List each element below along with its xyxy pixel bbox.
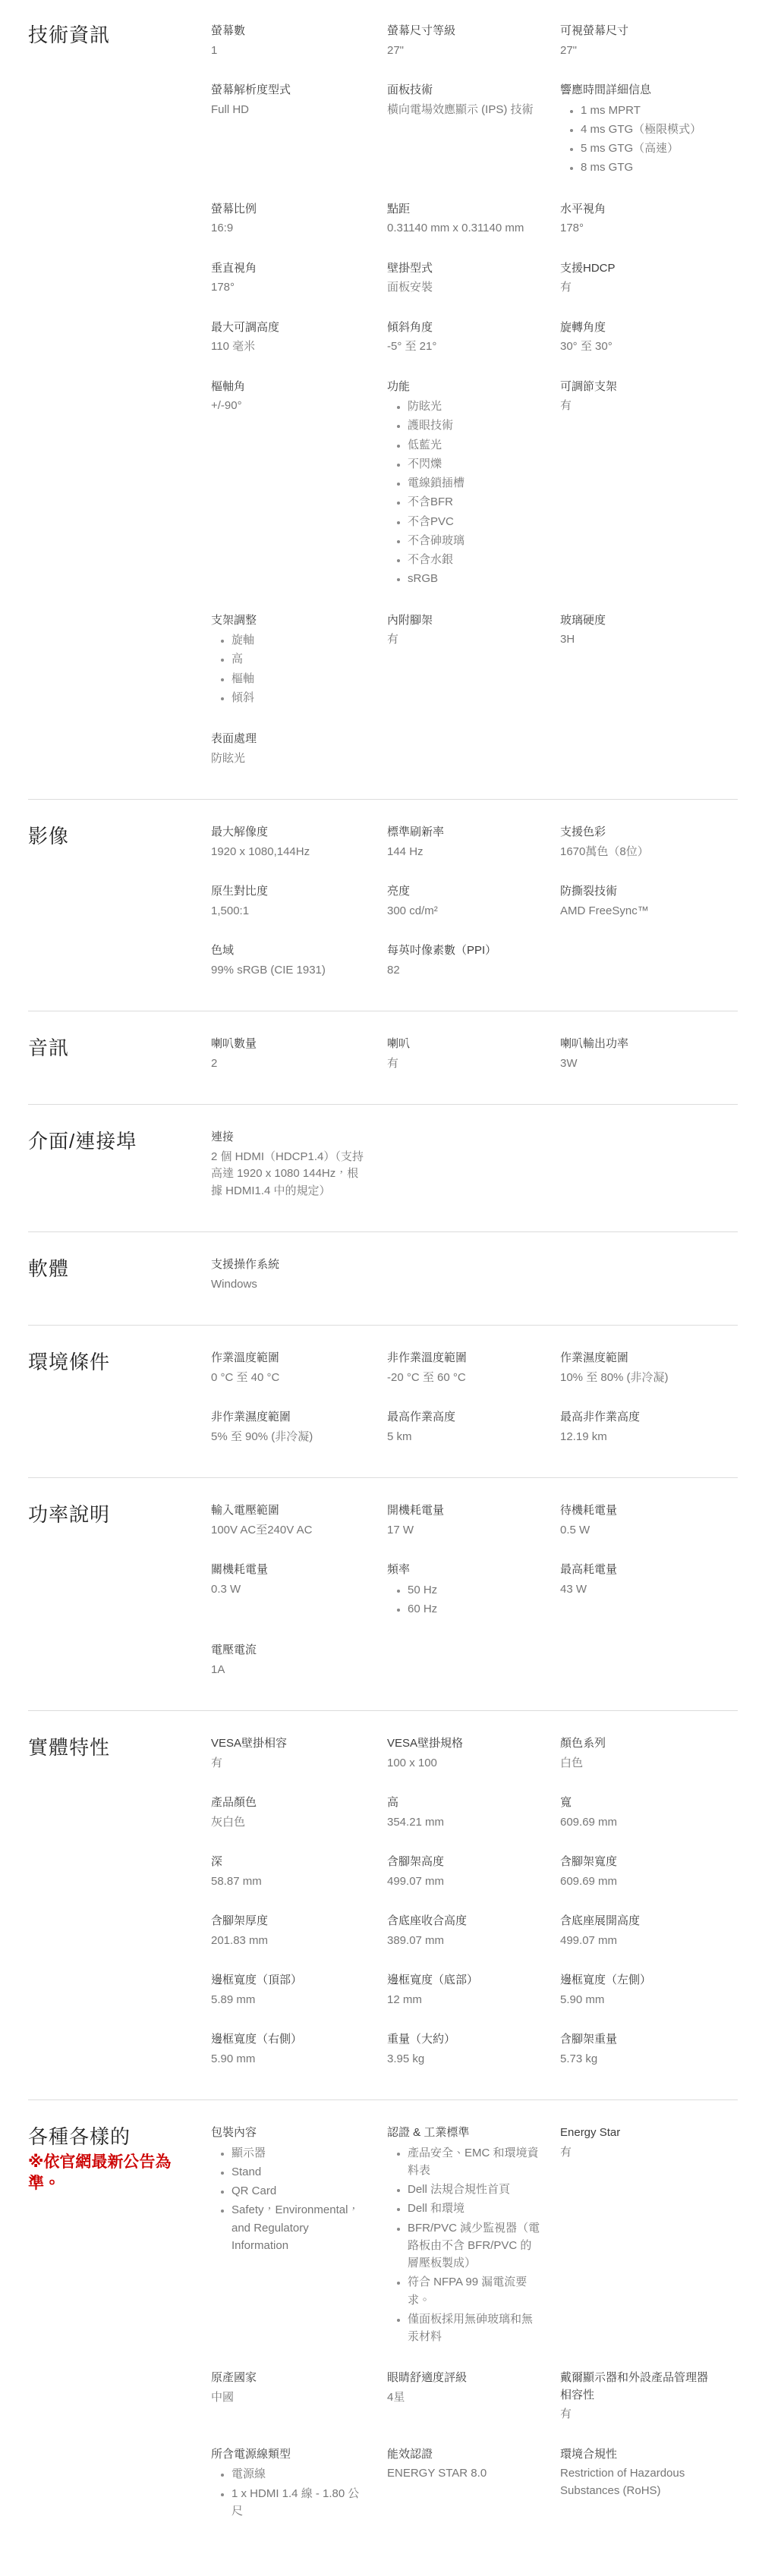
spec-bullet-list: 50 Hz60 Hz (387, 1581, 540, 1618)
spec-label: 邊框寬度（頂部） (211, 1972, 367, 1989)
spec-label: 亮度 (387, 883, 540, 901)
spec-label: 邊框寬度（右側） (211, 2031, 367, 2049)
spec-item: 含腳架厚度201.83 mm (211, 1913, 387, 1949)
spec-item: 能效認證ENERGY STAR 8.0 (387, 2446, 560, 2521)
spec-item: 可視螢幕尺寸27" (560, 23, 738, 59)
spec-items-grid: 連接2 個 HDMI（HDCP1.4）（支持高達 1920 x 1080 144… (211, 1129, 738, 1200)
spec-value: 有 (387, 631, 540, 649)
spec-item: 非作業濕度範圍5% 至 90% (非冷凝) (211, 1409, 387, 1445)
spec-bullet-list: 產品安全、EMC 和環境資料表Dell 法規合規性首頁Dell 和環境BFR/P… (387, 2144, 540, 2346)
section-title: 介面/連接埠 (28, 1129, 197, 1155)
spec-label: 含腳架厚度 (211, 1913, 367, 1930)
spec-value: 橫向電場效應顯示 (IPS) 技術 (387, 102, 540, 119)
spec-label: 點距 (387, 201, 540, 219)
spec-item: 旋轉角度30° 至 30° (560, 319, 738, 356)
spec-item: 標準刷新率144 Hz (387, 824, 560, 860)
spec-label: 電壓電流 (211, 1642, 367, 1659)
spec-label: VESA壁掛相容 (211, 1735, 367, 1753)
spec-value: 178° (560, 220, 718, 237)
spec-item: 作業濕度範圍10% 至 80% (非冷凝) (560, 1350, 738, 1386)
spec-label: 認證 & 工業標準 (387, 2125, 540, 2142)
spec-value: 0 °C 至 40 °C (211, 1370, 367, 1387)
spec-value: 0.3 W (211, 1581, 367, 1599)
spec-value: 110 毫米 (211, 338, 367, 356)
spec-bullet-item: 傾斜 (231, 689, 367, 706)
spec-items-grid: 螢幕數1螢幕尺寸等級27"可視螢幕尺寸27"螢幕解析度型式Full HD面板技術… (211, 23, 738, 767)
spec-label: 每英吋像素數（PPI） (387, 942, 540, 960)
spec-label: 作業濕度範圍 (560, 1350, 718, 1367)
spec-item: 含腳架重量5.73 kg (560, 2031, 738, 2068)
spec-value: 27" (387, 42, 540, 60)
spec-section: 各種各樣的※依官網最新公告為準。包裝內容顯示器StandQR CardSafet… (28, 2099, 738, 2553)
section-title: 各種各樣的 (28, 2125, 197, 2150)
spec-label: 戴爾顯示器和外設產品管理器相容性 (560, 2370, 718, 2404)
spec-label: 輸入電壓範圍 (211, 1502, 367, 1520)
spec-label: 螢幕數 (211, 23, 367, 40)
spec-value: -20 °C 至 60 °C (387, 1370, 540, 1387)
spec-bullet-item: QR Card (231, 2182, 367, 2200)
section-title-column: 功率說明 (28, 1502, 211, 1528)
spec-value: 有 (560, 2406, 718, 2423)
section-title: 音訊 (28, 1036, 197, 1062)
spec-item: 作業溫度範圍0 °C 至 40 °C (211, 1350, 387, 1386)
spec-item: 環境合規性Restriction of Hazardous Substances… (560, 2446, 738, 2521)
spec-item: 垂直視角178° (211, 260, 387, 297)
spec-label: 關機耗電量 (211, 1562, 367, 1579)
spec-bullet-item: sRGB (408, 570, 540, 587)
spec-label: 色域 (211, 942, 367, 960)
spec-item: 喇叭輸出功率3W (560, 1036, 738, 1072)
spec-label: 所含電源線類型 (211, 2446, 367, 2464)
spec-label: 包裝內容 (211, 2125, 367, 2142)
spec-item: 表面處理防眩光 (211, 731, 387, 767)
spec-item: 邊框寬度（右側）5.90 mm (211, 2031, 387, 2068)
spec-value: 5.90 mm (211, 2051, 367, 2068)
section-title-column: 實體特性 (28, 1735, 211, 1761)
spec-value: 防眩光 (211, 750, 367, 768)
spec-value: 5.90 mm (560, 1992, 718, 2009)
spec-bullet-item: 防眩光 (408, 398, 540, 415)
spec-value: 100V AC至240V AC (211, 1522, 367, 1540)
spec-item: 含底座展開高度499.07 mm (560, 1913, 738, 1949)
spec-label: 螢幕解析度型式 (211, 82, 367, 99)
spec-label: 喇叭輸出功率 (560, 1036, 718, 1053)
spec-item: 電壓電流1A (211, 1642, 387, 1678)
spec-item: 輸入電壓範圍100V AC至240V AC (211, 1502, 387, 1539)
spec-label: 樞軸角 (211, 379, 367, 396)
spec-item: 樞軸角+/-90° (211, 379, 387, 590)
spec-bullet-item: 不含砷玻璃 (408, 532, 540, 549)
spec-bullet-item: Stand (231, 2163, 367, 2181)
spec-bullet-item: 符合 NFPA 99 漏電流要求。 (408, 2273, 540, 2309)
spec-bullet-item: 8 ms GTG (581, 159, 718, 176)
spec-bullet-item: 低藍光 (408, 436, 540, 454)
spec-item: 頻率50 Hz60 Hz (387, 1562, 560, 1619)
spec-label: 傾斜角度 (387, 319, 540, 337)
spec-item: VESA壁掛規格100 x 100 (387, 1735, 560, 1772)
spec-label: 邊框寬度（底部） (387, 1972, 540, 1989)
spec-value: 有 (560, 279, 718, 297)
spec-bullet-item: 不含BFR (408, 493, 540, 511)
spec-items-grid: 喇叭數量2喇叭有喇叭輸出功率3W (211, 1036, 738, 1072)
spec-section: 實體特性VESA壁掛相容有VESA壁掛規格100 x 100顏色系列白色產品顏色… (28, 1710, 738, 2099)
spec-item: 重量（大約）3.95 kg (387, 2031, 560, 2068)
spec-label: 高 (387, 1794, 540, 1812)
spec-bullet-item: 5 ms GTG（高速） (581, 140, 718, 157)
spec-item: 喇叭數量2 (211, 1036, 387, 1072)
spec-label: 響應時間詳細信息 (560, 82, 718, 99)
spec-item: 玻璃硬度3H (560, 612, 738, 709)
spec-label: 原產國家 (211, 2370, 367, 2387)
spec-label: 喇叭 (387, 1036, 540, 1053)
spec-value: 100 x 100 (387, 1755, 540, 1772)
spec-value: 5% 至 90% (非冷凝) (211, 1429, 367, 1446)
spec-bullet-item: 1 x HDMI 1.4 線 - 1.80 公尺 (231, 2485, 367, 2521)
spec-value: 12.19 km (560, 1429, 718, 1446)
spec-bullet-list: 1 ms MPRT4 ms GTG（極限模式）5 ms GTG（高速）8 ms … (560, 102, 718, 177)
spec-item: 戴爾顯示器和外設產品管理器相容性有 (560, 2370, 738, 2423)
spec-item: 支援色彩1670萬色（8位） (560, 824, 738, 860)
spec-value: Restriction of Hazardous Substances (RoH… (560, 2465, 718, 2499)
spec-item: 壁掛型式面板安裝 (387, 260, 560, 297)
spec-bullet-item: 僅面板採用無砷玻璃和無汞材料 (408, 2310, 540, 2346)
spec-label: 含腳架寬度 (560, 1854, 718, 1871)
spec-value: 499.07 mm (387, 1873, 540, 1891)
spec-label: 最大可調高度 (211, 319, 367, 337)
spec-value: 1,500:1 (211, 903, 367, 920)
spec-value: 1 (211, 42, 367, 60)
spec-section: 軟體支援操作系統Windows (28, 1231, 738, 1325)
section-title-column: 影像 (28, 824, 211, 850)
spec-label: 垂直視角 (211, 260, 367, 278)
spec-label: 頻率 (387, 1562, 540, 1579)
spec-item: 水平視角178° (560, 201, 738, 237)
spec-value: ENERGY STAR 8.0 (387, 2465, 540, 2483)
spec-value: 5.73 kg (560, 2051, 718, 2068)
spec-label: 待機耗電量 (560, 1502, 718, 1520)
spec-label: 寬 (560, 1794, 718, 1812)
spec-item: 所含電源線類型電源線1 x HDMI 1.4 線 - 1.80 公尺 (211, 2446, 387, 2521)
spec-label: 含底座收合高度 (387, 1913, 540, 1930)
section-title: 功率說明 (28, 1502, 197, 1528)
spec-item: 連接2 個 HDMI（HDCP1.4）（支持高達 1920 x 1080 144… (211, 1129, 387, 1200)
section-title-column: 環境條件 (28, 1350, 211, 1376)
spec-label: 含腳架高度 (387, 1854, 540, 1871)
spec-items-grid: 作業溫度範圍0 °C 至 40 °C非作業溫度範圍-20 °C 至 60 °C作… (211, 1350, 738, 1445)
section-title-column: 音訊 (28, 1036, 211, 1062)
spec-value: 82 (387, 962, 540, 980)
section-title: 實體特性 (28, 1735, 197, 1761)
spec-item: 邊框寬度（頂部）5.89 mm (211, 1972, 387, 2008)
spec-label: 表面處理 (211, 731, 367, 748)
spec-value: 354.21 mm (387, 1814, 540, 1832)
spec-label: 支援色彩 (560, 824, 718, 841)
spec-bullet-item: 旋軸 (231, 631, 367, 649)
spec-item: 響應時間詳細信息1 ms MPRT4 ms GTG（極限模式）5 ms GTG（… (560, 82, 738, 178)
spec-items-grid: 支援操作系統Windows (211, 1257, 738, 1293)
spec-value: 201.83 mm (211, 1933, 367, 1950)
spec-value: +/-90° (211, 398, 367, 415)
spec-item: 原產國家中國 (211, 2370, 387, 2423)
spec-value: 43 W (560, 1581, 718, 1599)
spec-label: 原生對比度 (211, 883, 367, 901)
spec-label: 支援HDCP (560, 260, 718, 278)
spec-value: 609.69 mm (560, 1814, 718, 1832)
spec-value: 3.95 kg (387, 2051, 540, 2068)
spec-item: 含底座收合高度389.07 mm (387, 1913, 560, 1949)
spec-bullet-item: Dell 法規合規性首頁 (408, 2181, 540, 2198)
section-title: 技術資訊 (28, 23, 197, 49)
spec-item: 深58.87 mm (211, 1854, 387, 1890)
spec-label: Energy Star (560, 2125, 718, 2142)
spec-label: 最高作業高度 (387, 1409, 540, 1426)
spec-bullet-item: Safety，Environmental， and Regulatory Inf… (231, 2201, 367, 2254)
spec-label: 內附腳架 (387, 612, 540, 630)
spec-value: 有 (560, 398, 718, 415)
spec-value: 0.31140 mm x 0.31140 mm (387, 220, 540, 237)
spec-item: 最高非作業高度12.19 km (560, 1409, 738, 1445)
spec-item: 產品顏色灰白色 (211, 1794, 387, 1831)
spec-item: 非作業溫度範圍-20 °C 至 60 °C (387, 1350, 560, 1386)
spec-item: 支援操作系統Windows (211, 1257, 387, 1293)
spec-value: 17 W (387, 1522, 540, 1540)
spec-label: 最高非作業高度 (560, 1409, 718, 1426)
spec-value: 有 (387, 1055, 540, 1073)
spec-value: 58.87 mm (211, 1873, 367, 1891)
spec-item: 最大可調高度110 毫米 (211, 319, 387, 356)
spec-label: 眼睛舒適度評級 (387, 2370, 540, 2387)
spec-section: 技術資訊螢幕數1螢幕尺寸等級27"可視螢幕尺寸27"螢幕解析度型式Full HD… (28, 5, 738, 799)
spec-bullet-item: 不含水銀 (408, 551, 540, 568)
spec-label: 開機耗電量 (387, 1502, 540, 1520)
spec-value: 2 個 HDMI（HDCP1.4）（支持高達 1920 x 1080 144Hz… (211, 1149, 367, 1200)
section-title: 軟體 (28, 1257, 197, 1282)
spec-value: 389.07 mm (387, 1933, 540, 1950)
spec-item: 點距0.31140 mm x 0.31140 mm (387, 201, 560, 237)
spec-item: 防撕裂技術AMD FreeSync™ (560, 883, 738, 920)
spec-label: 能效認證 (387, 2446, 540, 2464)
spec-label: 顏色系列 (560, 1735, 718, 1753)
spec-item: 寬609.69 mm (560, 1794, 738, 1831)
spec-item: 喇叭有 (387, 1036, 560, 1072)
spec-item: 開機耗電量17 W (387, 1502, 560, 1539)
spec-bullet-item: 不閃爍 (408, 455, 540, 473)
spec-item: 邊框寬度（左側）5.90 mm (560, 1972, 738, 2008)
spec-value: 609.69 mm (560, 1873, 718, 1891)
spec-label: 含腳架重量 (560, 2031, 718, 2049)
spec-label: 壁掛型式 (387, 260, 540, 278)
spec-item: 最大解像度1920 x 1080,144Hz (211, 824, 387, 860)
spec-item: 色域99% sRGB (CIE 1931) (211, 942, 387, 979)
spec-value: 16:9 (211, 220, 367, 237)
spec-bullet-item: BFR/PVC 減少監視器（電路板由不含 BFR/PVC 的層壓板製成） (408, 2219, 540, 2272)
spec-bullet-item: 護眼技術 (408, 417, 540, 434)
spec-items-grid: 包裝內容顯示器StandQR CardSafety，Environmental，… (211, 2125, 738, 2521)
spec-item: 原生對比度1,500:1 (211, 883, 387, 920)
section-title-column: 軟體 (28, 1257, 211, 1282)
spec-item: 傾斜角度-5° 至 21° (387, 319, 560, 356)
spec-page: 技術資訊螢幕數1螢幕尺寸等級27"可視螢幕尺寸27"螢幕解析度型式Full HD… (0, 0, 759, 2576)
spec-value: 0.5 W (560, 1522, 718, 1540)
spec-value: 3W (560, 1055, 718, 1073)
official-site-note: ※依官網最新公告為準。 (28, 2152, 197, 2195)
spec-value: Windows (211, 1276, 367, 1294)
spec-bullet-item: 60 Hz (408, 1600, 540, 1618)
spec-item: 包裝內容顯示器StandQR CardSafety，Environmental，… (211, 2125, 387, 2347)
section-title-column: 技術資訊 (28, 23, 211, 49)
spec-label: 作業溫度範圍 (211, 1350, 367, 1367)
spec-label: 非作業溫度範圍 (387, 1350, 540, 1367)
spec-section: 音訊喇叭數量2喇叭有喇叭輸出功率3W (28, 1011, 738, 1104)
spec-label: 最大解像度 (211, 824, 367, 841)
section-title: 影像 (28, 824, 197, 850)
spec-bullet-item: 電線鎖插槽 (408, 474, 540, 492)
spec-value: 5 km (387, 1429, 540, 1446)
spec-label: 可視螢幕尺寸 (560, 23, 718, 40)
section-title-column: 各種各樣的※依官網最新公告為準。 (28, 2125, 211, 2194)
spec-item: 邊框寬度（底部）12 mm (387, 1972, 560, 2008)
spec-item: 每英吋像素數（PPI）82 (387, 942, 560, 979)
spec-item: 認證 & 工業標準產品安全、EMC 和環境資料表Dell 法規合規性首頁Dell… (387, 2125, 560, 2347)
spec-sections: 技術資訊螢幕數1螢幕尺寸等級27"可視螢幕尺寸27"螢幕解析度型式Full HD… (28, 5, 738, 2553)
spec-item: 最高作業高度5 km (387, 1409, 560, 1445)
spec-bullet-item: 顯示器 (231, 2144, 367, 2162)
spec-section: 介面/連接埠連接2 個 HDMI（HDCP1.4）（支持高達 1920 x 10… (28, 1104, 738, 1231)
spec-value: 3H (560, 631, 718, 649)
spec-items-grid: 輸入電壓範圍100V AC至240V AC開機耗電量17 W待機耗電量0.5 W… (211, 1502, 738, 1678)
spec-value: AMD FreeSync™ (560, 903, 718, 920)
spec-item: 螢幕數1 (211, 23, 387, 59)
spec-bullet-item: 電源線 (231, 2465, 367, 2483)
spec-bullet-item: 1 ms MPRT (581, 102, 718, 119)
spec-item: 高354.21 mm (387, 1794, 560, 1831)
spec-bullet-item: 產品安全、EMC 和環境資料表 (408, 2144, 540, 2180)
spec-value: 1920 x 1080,144Hz (211, 844, 367, 861)
spec-value: 30° 至 30° (560, 338, 718, 356)
spec-item: 顏色系列白色 (560, 1735, 738, 1772)
spec-item: 眼睛舒適度評級4星 (387, 2370, 560, 2423)
spec-label: 功能 (387, 379, 540, 396)
spec-item: 支架調整旋軸高樞軸傾斜 (211, 612, 387, 709)
spec-item: 功能防眩光護眼技術低藍光不閃爍電線鎖插槽不含BFR不含PVC不含砷玻璃不含水銀s… (387, 379, 560, 590)
spec-label: 旋轉角度 (560, 319, 718, 337)
spec-item: 螢幕比例16:9 (211, 201, 387, 237)
spec-value: 5.89 mm (211, 1992, 367, 2009)
spec-item: 含腳架寬度609.69 mm (560, 1854, 738, 1890)
spec-item: 螢幕解析度型式Full HD (211, 82, 387, 178)
spec-item: 含腳架高度499.07 mm (387, 1854, 560, 1890)
spec-value: 中國 (211, 2389, 367, 2407)
spec-bullet-item: 樞軸 (231, 670, 367, 687)
spec-item: Energy Star有 (560, 2125, 738, 2347)
spec-label: 螢幕比例 (211, 201, 367, 219)
spec-label: 可調節支架 (560, 379, 718, 396)
spec-label: 非作業濕度範圍 (211, 1409, 367, 1426)
spec-item: 面板技術橫向電場效應顯示 (IPS) 技術 (387, 82, 560, 178)
spec-bullet-list: 防眩光護眼技術低藍光不閃爍電線鎖插槽不含BFR不含PVC不含砷玻璃不含水銀sRG… (387, 398, 540, 588)
spec-item: 螢幕尺寸等級27" (387, 23, 560, 59)
spec-value: 12 mm (387, 1992, 540, 2009)
spec-item: 關機耗電量0.3 W (211, 1562, 387, 1619)
spec-bullet-item: 高 (231, 650, 367, 668)
spec-bullet-list: 電源線1 x HDMI 1.4 線 - 1.80 公尺 (211, 2465, 367, 2520)
spec-label: 水平視角 (560, 201, 718, 219)
spec-label: 防撕裂技術 (560, 883, 718, 901)
spec-value: 1670萬色（8位） (560, 844, 718, 861)
spec-label: 產品顏色 (211, 1794, 367, 1812)
spec-label: 支架調整 (211, 612, 367, 630)
spec-label: 連接 (211, 1129, 367, 1146)
spec-item: 支援HDCP有 (560, 260, 738, 297)
spec-section: 影像最大解像度1920 x 1080,144Hz標準刷新率144 Hz支援色彩1… (28, 799, 738, 1011)
spec-label: 邊框寬度（左側） (560, 1972, 718, 1989)
spec-label: 最高耗電量 (560, 1562, 718, 1579)
spec-items-grid: VESA壁掛相容有VESA壁掛規格100 x 100顏色系列白色產品顏色灰白色高… (211, 1735, 738, 2068)
spec-bullet-item: 4 ms GTG（極限模式） (581, 121, 718, 138)
spec-items-grid: 最大解像度1920 x 1080,144Hz標準刷新率144 Hz支援色彩167… (211, 824, 738, 979)
spec-value: 有 (211, 1755, 367, 1772)
spec-bullet-item: Dell 和環境 (408, 2200, 540, 2217)
spec-value: 1A (211, 1662, 367, 1679)
spec-label: 螢幕尺寸等級 (387, 23, 540, 40)
spec-item: 可調節支架有 (560, 379, 738, 590)
spec-label: 支援操作系統 (211, 1257, 367, 1274)
spec-label: 標準刷新率 (387, 824, 540, 841)
spec-bullet-item: 50 Hz (408, 1581, 540, 1599)
spec-label: 含底座展開高度 (560, 1913, 718, 1930)
spec-value: 300 cd/m² (387, 903, 540, 920)
spec-item: 內附腳架有 (387, 612, 560, 709)
spec-value: 144 Hz (387, 844, 540, 861)
spec-section: 環境條件作業溫度範圍0 °C 至 40 °C非作業溫度範圍-20 °C 至 60… (28, 1325, 738, 1477)
spec-value: 白色 (560, 1755, 718, 1772)
spec-value: 99% sRGB (CIE 1931) (211, 962, 367, 980)
spec-value: 499.07 mm (560, 1933, 718, 1950)
spec-bullet-item: 不含PVC (408, 513, 540, 530)
spec-item: VESA壁掛相容有 (211, 1735, 387, 1772)
spec-value: 27" (560, 42, 718, 60)
spec-value: 面板安裝 (387, 279, 540, 297)
spec-label: 深 (211, 1854, 367, 1871)
spec-label: 重量（大約） (387, 2031, 540, 2049)
spec-item: 最高耗電量43 W (560, 1562, 738, 1619)
spec-item: 待機耗電量0.5 W (560, 1502, 738, 1539)
spec-value: 有 (560, 2144, 718, 2162)
spec-value: Full HD (211, 102, 367, 119)
spec-label: 喇叭數量 (211, 1036, 367, 1053)
spec-value: 灰白色 (211, 1814, 367, 1832)
section-title: 環境條件 (28, 1350, 197, 1376)
spec-value: 10% 至 80% (非冷凝) (560, 1370, 718, 1387)
spec-label: 玻璃硬度 (560, 612, 718, 630)
spec-item: 亮度300 cd/m² (387, 883, 560, 920)
spec-value: 178° (211, 279, 367, 297)
spec-section: 功率說明輸入電壓範圍100V AC至240V AC開機耗電量17 W待機耗電量0… (28, 1477, 738, 1710)
spec-bullet-list: 旋軸高樞軸傾斜 (211, 631, 367, 706)
spec-value: 4星 (387, 2389, 540, 2407)
spec-label: VESA壁掛規格 (387, 1735, 540, 1753)
spec-value: -5° 至 21° (387, 338, 540, 356)
spec-label: 面板技術 (387, 82, 540, 99)
spec-value: 2 (211, 1055, 367, 1073)
spec-bullet-list: 顯示器StandQR CardSafety，Environmental， and… (211, 2144, 367, 2255)
spec-label: 環境合規性 (560, 2446, 718, 2464)
section-title-column: 介面/連接埠 (28, 1129, 211, 1155)
